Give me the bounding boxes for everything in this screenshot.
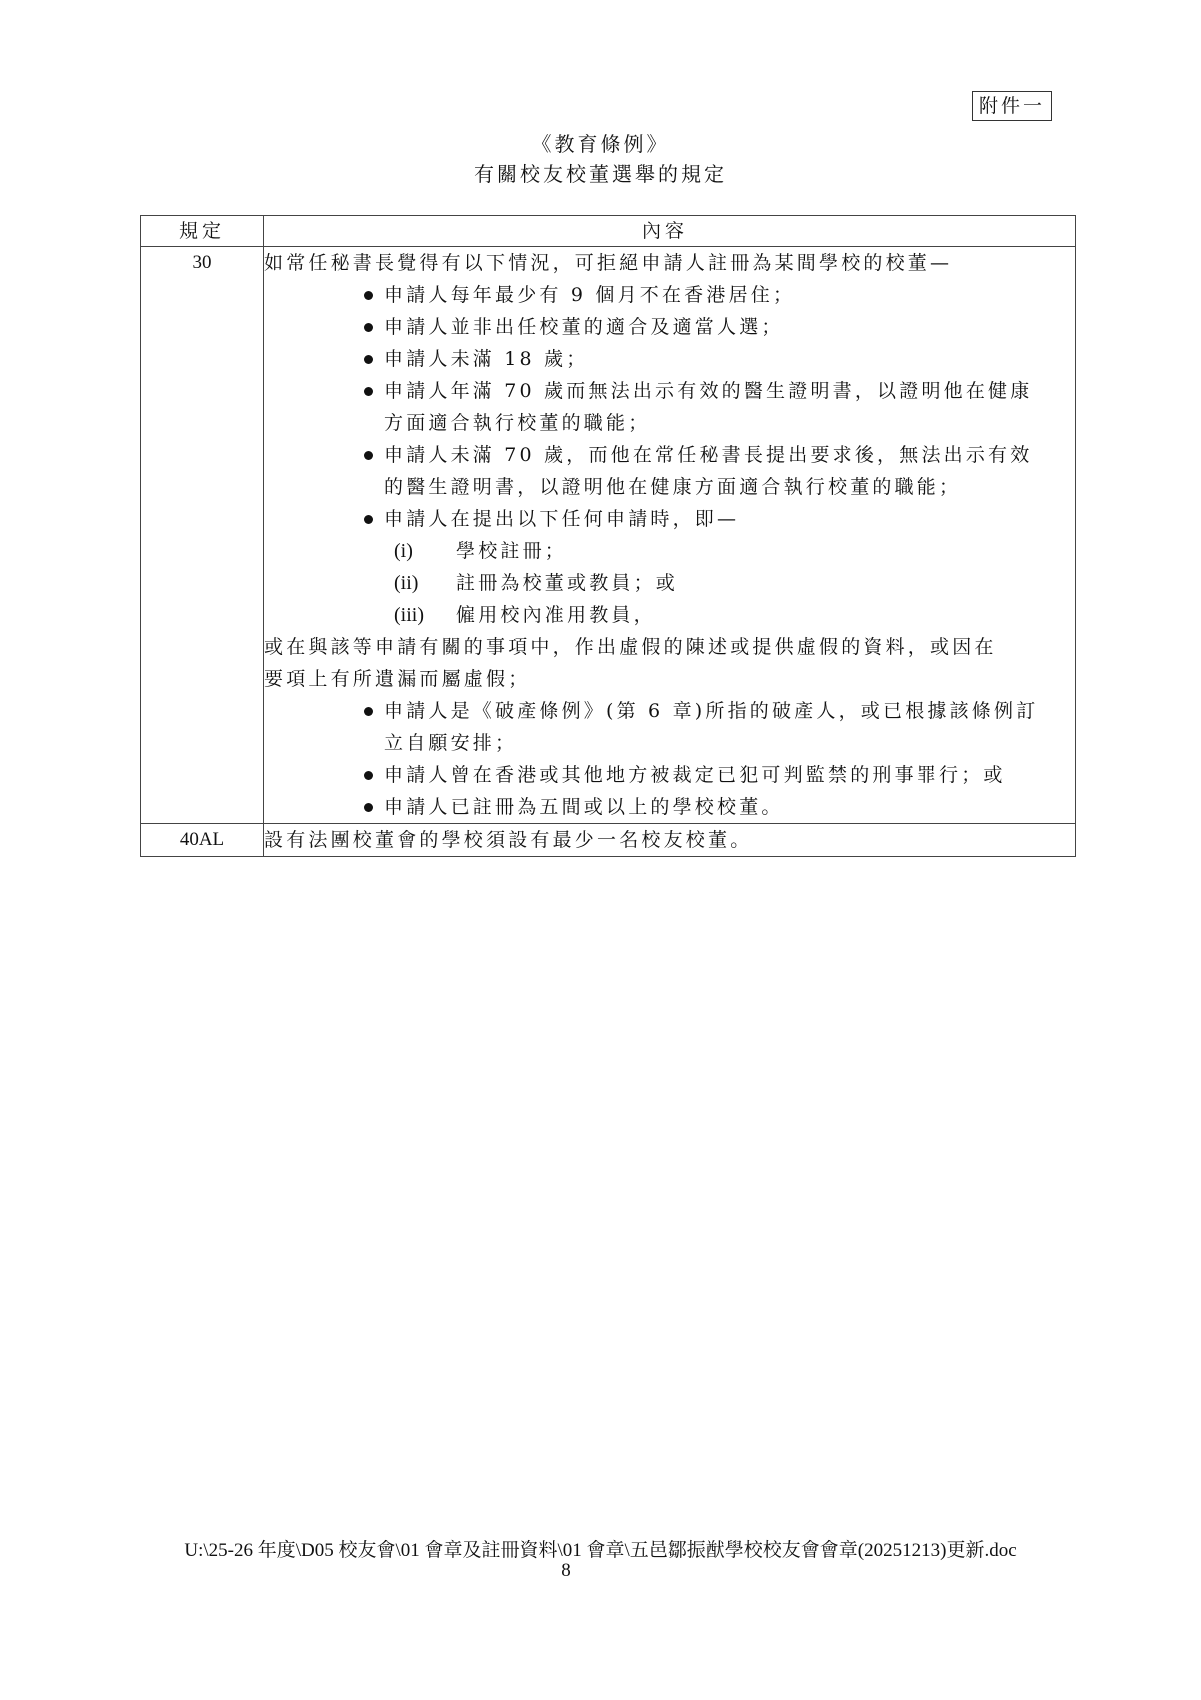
bullet-text: 申請人並非出任校董的適合及適當人選； [362, 316, 784, 338]
sub-item-text: 學校註冊； [456, 540, 567, 562]
annex-label: 附件一 [972, 91, 1052, 121]
bullet-text: 申請人年滿 70 歲而無法出示有效的醫生證明書，以證明他在健康 [362, 380, 1032, 402]
rules-table: 規定 內容 30 如常任秘書長覺得有以下情況，可拒絕申請人註冊為某間學校的校董—… [140, 215, 1076, 857]
rule-intro: 如常任秘書長覺得有以下情況，可拒絕申請人註冊為某間學校的校董— [264, 247, 1075, 279]
bullet-icon [364, 451, 373, 460]
sub-item-text: 僱用校內准用教員， [456, 604, 656, 626]
rule-content: 設有法團校董會的學校須設有最少一名校友校董。 [264, 824, 1076, 857]
sub-item-text: 註冊為校董或教員；或 [456, 572, 678, 594]
bullet-icon [364, 291, 373, 300]
bullet-item: 申請人是《破產條例》(第 6 章)所指的破產人，或已根據該條例訂 [264, 695, 1075, 727]
bullet-text: 申請人是《破產條例》(第 6 章)所指的破產人，或已根據該條例訂 [362, 700, 1038, 722]
bullet-item: 申請人年滿 70 歲而無法出示有效的醫生證明書，以證明他在健康 [264, 375, 1075, 407]
bullet-text: 申請人已註冊為五間或以上的學校校董。 [362, 796, 784, 818]
rule-number: 30 [141, 247, 264, 824]
sub-item: (ii)註冊為校董或教員；或 [264, 567, 1075, 599]
rule-content: 如常任秘書長覺得有以下情況，可拒絕申請人註冊為某間學校的校董— 申請人每年最少有… [264, 247, 1076, 824]
bullet-text: 申請人在提出以下任何申請時，即— [362, 508, 739, 530]
bullet-item: 申請人未滿 18 歲； [264, 343, 1075, 375]
rule-text: 設有法團校董會的學校須設有最少一名校友校董。 [264, 824, 1075, 856]
bullet-icon [364, 771, 373, 780]
bullet-icon [364, 323, 373, 332]
bullet-item: 申請人並非出任校董的適合及適當人選； [264, 311, 1075, 343]
bullet-text: 申請人每年最少有 9 個月不在香港居住； [362, 284, 795, 306]
document-title-ordinance: 《教育條例》 [0, 128, 1201, 157]
bullet-text-continuation: 的醫生證明書，以證明他在健康方面適合執行校董的職能； [264, 471, 1075, 503]
bullet-item: 申請人每年最少有 9 個月不在香港居住； [264, 279, 1075, 311]
bullet-item: 申請人在提出以下任何申請時，即— [264, 503, 1075, 535]
bullet-icon [364, 707, 373, 716]
sub-item-number: (i) [394, 535, 456, 567]
bullet-text: 申請人曾在香港或其他地方被裁定已犯可判監禁的刑事罪行；或 [362, 764, 1006, 786]
bullet-text: 申請人未滿 70 歲，而他在常任秘書長提出要求後，無法出示有效 [362, 444, 1032, 466]
bullet-item: 申請人已註冊為五間或以上的學校校董。 [264, 791, 1075, 823]
bullet-icon [364, 355, 373, 364]
middle-text: 要項上有所遺漏而屬虛假； [264, 663, 1075, 695]
middle-text: 或在與該等申請有關的事項中，作出虛假的陳述或提供虛假的資料，或因在 [264, 631, 1075, 663]
table-row: 40AL 設有法團校董會的學校須設有最少一名校友校董。 [141, 824, 1076, 857]
bullet-icon [364, 387, 373, 396]
sub-item-number: (ii) [394, 567, 456, 599]
bullet-item: 申請人未滿 70 歲，而他在常任秘書長提出要求後，無法出示有效 [264, 439, 1075, 471]
sub-item: (i)學校註冊； [264, 535, 1075, 567]
footer-file-path: U:\25-26 年度\D05 校友會\01 會章及註冊資料\01 會章\五邑鄒… [0, 1535, 1201, 1562]
header-content: 內容 [264, 216, 1076, 247]
table-row: 30 如常任秘書長覺得有以下情況，可拒絕申請人註冊為某間學校的校董— 申請人每年… [141, 247, 1076, 824]
header-rule: 規定 [141, 216, 264, 247]
bullet-icon [364, 515, 373, 524]
bullet-text-continuation: 方面適合執行校董的職能； [264, 407, 1075, 439]
bullet-icon [364, 803, 373, 812]
table-header-row: 規定 內容 [141, 216, 1076, 247]
sub-item: (iii)僱用校內准用教員， [264, 599, 1075, 631]
bullet-item: 申請人曾在香港或其他地方被裁定已犯可判監禁的刑事罪行；或 [264, 759, 1075, 791]
sub-item-number: (iii) [394, 599, 456, 631]
bullet-text-continuation: 立自願安排； [264, 727, 1075, 759]
bullet-text: 申請人未滿 18 歲； [362, 348, 588, 370]
document-title-subject: 有關校友校董選舉的規定 [0, 158, 1201, 187]
rule-number: 40AL [141, 824, 264, 857]
page-number: 8 [0, 1560, 1132, 1582]
